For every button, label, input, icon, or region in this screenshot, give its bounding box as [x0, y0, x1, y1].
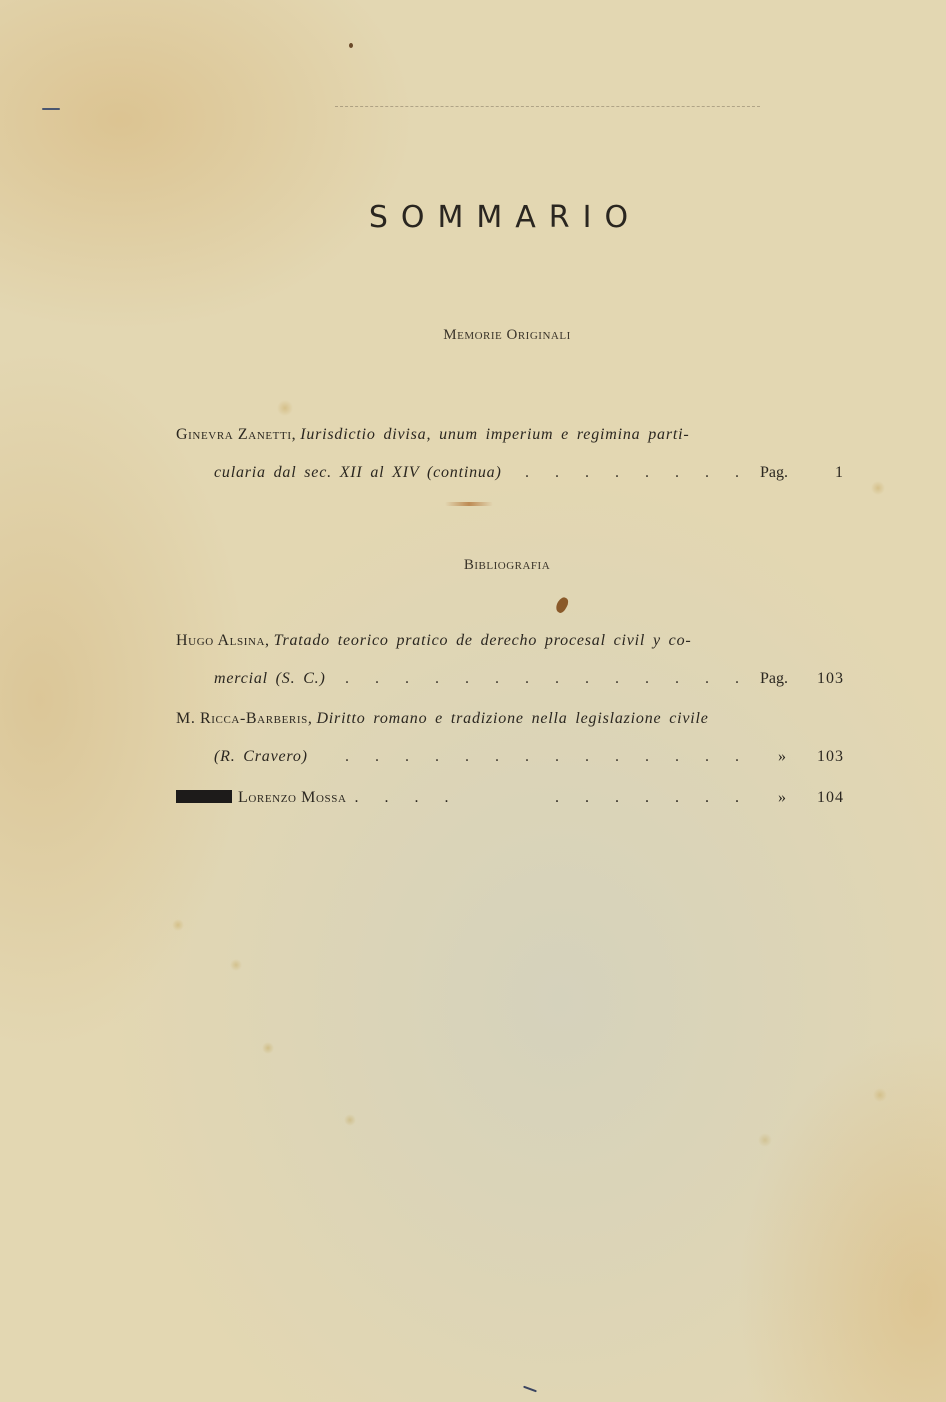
page-number: 104: [804, 779, 844, 817]
toc-entry-mossa: Lorenzo Mossa . . . . . . . . . . . . . …: [176, 779, 844, 817]
entry-author: Hugo Alsina,: [176, 632, 270, 649]
document-page: SOMMARIO Memorie Originali Ginevra Zanet…: [0, 0, 946, 1402]
entry-author: M. Ricca-Barberis,: [176, 710, 312, 727]
leader-dots: . . . . .: [355, 779, 465, 817]
leader-dots: . . . . . . . . . . . . . . . . . .: [342, 660, 750, 698]
top-dashed-rule: [335, 106, 760, 107]
redaction-bar: [176, 790, 232, 803]
toc-entry-line1: Hugo Alsina, Tratado teorico pratico de …: [176, 622, 844, 660]
entry-author: Ginevra Zanetti,: [176, 426, 296, 443]
paper-speck: [349, 43, 353, 48]
entry-author: Lorenzo Mossa: [238, 779, 347, 817]
toc-entry-line2: cularia dal sec. XII al XIV (continua) .…: [176, 454, 844, 492]
entry-title-continued: mercial (S. C.): [214, 660, 326, 698]
entry-title: Diritto romano e tradizione nella legisl…: [316, 710, 708, 727]
toc-entry-line2: (R. Cravero) . . . . . . . . . . . . . .…: [176, 738, 844, 776]
ink-mark: [554, 596, 571, 615]
page-label: Pag.: [760, 660, 804, 698]
paper-fiber: [523, 1386, 537, 1393]
page-number: 103: [804, 660, 844, 698]
page-title: SOMMARIO: [0, 200, 946, 235]
section-heading-memorie-originali: Memorie Originali: [0, 327, 946, 344]
toc-entry-ricca-barberis: M. Ricca-Barberis, Diritto romano e trad…: [176, 700, 844, 776]
toc-entry-zanetti: Ginevra Zanetti, Iurisdictio divisa, unu…: [176, 416, 844, 492]
page-number: 1: [804, 454, 844, 492]
entry-title-continued: cularia dal sec. XII al XIV (continua): [214, 454, 502, 492]
leader-dots: . . . . . . . . . . . . . . . . . . .: [324, 738, 750, 776]
page-number: 103: [804, 738, 844, 776]
ditto-mark: »: [760, 779, 804, 817]
entry-title: Tratado teorico pratico de derecho proce…: [274, 632, 692, 649]
entry-title-continued: (R. Cravero): [214, 738, 308, 776]
ditto-mark: »: [760, 738, 804, 776]
toc-entry-line1: Lorenzo Mossa . . . . . . . . . . . . . …: [176, 779, 844, 817]
paper-stain: [445, 502, 493, 506]
paper-fiber: [42, 108, 60, 110]
toc-entry-alsina: Hugo Alsina, Tratado teorico pratico de …: [176, 622, 844, 698]
leader-dots: . . . . . . . . . . .: [518, 454, 750, 492]
toc-entry-line2: mercial (S. C.) . . . . . . . . . . . . …: [176, 660, 844, 698]
section-heading-bibliografia: Bibliografia: [0, 557, 946, 574]
entry-title: Iurisdictio divisa, unum imperium e regi…: [300, 426, 689, 443]
toc-entry-line1: Ginevra Zanetti, Iurisdictio divisa, unu…: [176, 416, 844, 454]
toc-entry-line1: M. Ricca-Barberis, Diritto romano e trad…: [176, 700, 844, 738]
leader-dots: . . . . . . . . . .: [535, 779, 750, 817]
page-label: Pag.: [760, 454, 804, 492]
